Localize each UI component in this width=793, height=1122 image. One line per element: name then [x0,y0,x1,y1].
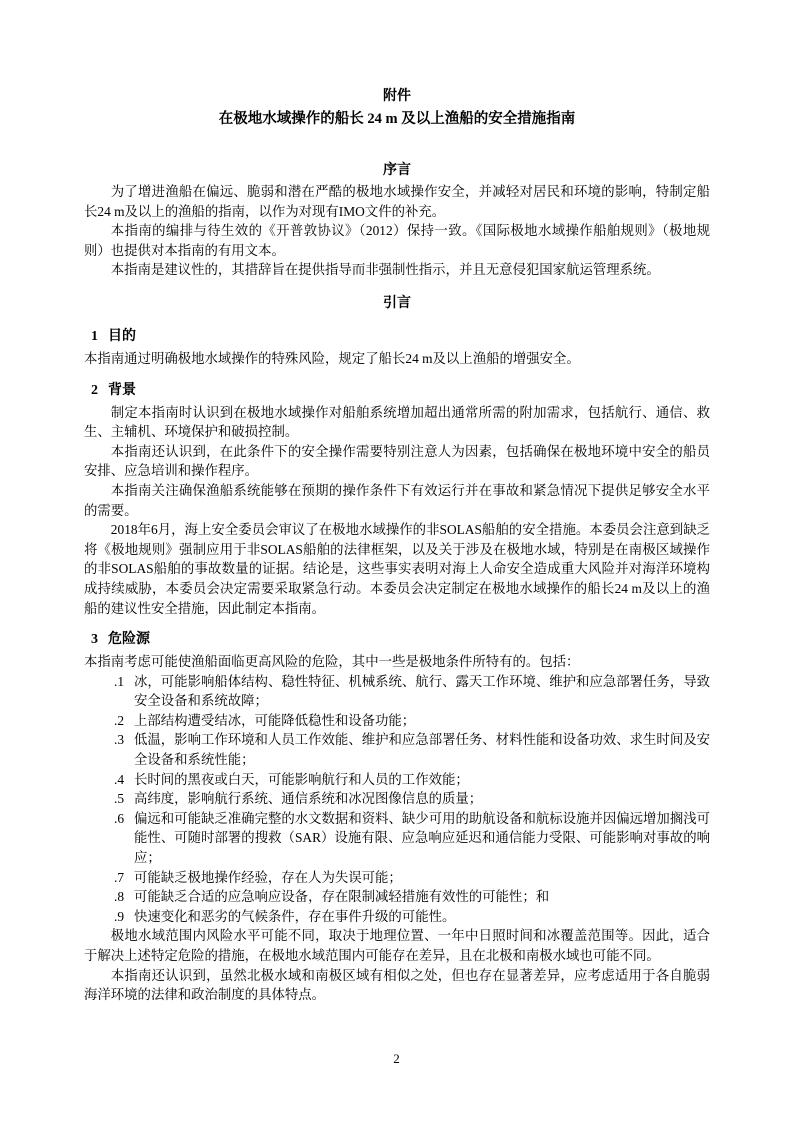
document-page: 附件 在极地水域操作的船长 24 m 及以上渔船的安全措施指南 序言 为了增进渔… [0,0,793,1122]
hazard-item-number: .6 [114,809,134,868]
section-number: 2 [91,381,108,401]
hazard-item-number: .5 [114,789,134,809]
hazard-item-text: 上部结构遭受结冰，可能降低稳性和设备功能； [134,711,710,731]
section-2-paragraph: 2018年6月，海上安全委员会审议了在极地水域操作的非SOLAS船舶的安全措施。… [84,520,710,618]
hazard-item: .3 低温，影响工作环境和人员工作效能、维护和应急部署任务、材料性能和设备功效、… [84,730,710,769]
section-title: 背景 [108,383,136,398]
document-title: 在极地水域操作的船长 24 m 及以上渔船的安全措施指南 [84,108,710,130]
hazard-item-number: .1 [114,672,134,711]
section-2-paragraph: 制定本指南时认识到在极地水域操作对船舶系统增加超出通常所需的附加需求，包括航行、… [84,403,710,442]
hazard-item-number: .7 [114,868,134,888]
hazard-item-text: 偏远和可能缺乏准确完整的水文数据和资料、缺少可用的助航设备和航标设施并因偏远增加… [134,809,710,868]
hazard-item-text: 可能缺乏合适的应急响应设备，存在限制减轻措施有效性的可能性；和 [134,887,710,907]
section-2-paragraph: 本指南关注确保渔船系统能够在预期的操作条件下有效运行并在事故和紧急情况下提供足够… [84,481,710,520]
hazard-item-text: 冰，可能影响船体结构、稳性特征、机械系统、航行、露天工作环境、维护和应急部署任务… [134,672,710,711]
section-3-heading: 3危险源 [84,630,710,650]
hazard-item-number: .9 [114,907,134,927]
hazard-item-number: .3 [114,730,134,769]
section-title: 危险源 [108,632,150,647]
hazard-item: .4 长时间的黑夜或白天，可能影响航行和人员的工作效能； [84,770,710,790]
section-number: 1 [91,327,108,347]
section-2-heading: 2背景 [84,381,710,401]
section-title: 目的 [108,329,136,344]
hazard-item-number: .8 [114,887,134,907]
page-content: 附件 在极地水域操作的船长 24 m 及以上渔船的安全措施指南 序言 为了增进渔… [0,0,793,1005]
preface-heading: 序言 [84,160,710,182]
hazard-item-text: 长时间的黑夜或白天，可能影响航行和人员的工作效能； [134,770,710,790]
introduction-heading: 引言 [84,293,710,315]
hazard-item: .8 可能缺乏合适的应急响应设备，存在限制减轻措施有效性的可能性；和 [84,887,710,907]
hazard-item-number: .4 [114,770,134,790]
hazard-item: .9 快速变化和恶劣的气候条件，存在事件升级的可能性。 [84,907,710,927]
hazard-item-text: 低温，影响工作环境和人员工作效能、维护和应急部署任务、材料性能和设备功效、求生时… [134,730,710,769]
preface-paragraph: 本指南的编排与待生效的《开普敦协议》（2012）保持一致。《国际极地水域操作船舶… [84,221,710,260]
section-3-lead: 本指南考虑可能使渔船面临更高风险的危险，其中一些是极地条件所特有的。包括： [84,652,710,672]
hazard-item-text: 快速变化和恶劣的气候条件，存在事件升级的可能性。 [134,907,710,927]
hazard-item-text: 高纬度，影响航行系统、通信系统和冰况图像信息的质量； [134,789,710,809]
hazard-item-number: .2 [114,711,134,731]
section-1-paragraph: 本指南通过明确极地水域操作的特殊风险，规定了船长24 m及以上渔船的增强安全。 [84,349,710,369]
section-number: 3 [91,630,108,650]
attachment-label: 附件 [84,86,710,108]
hazard-list: .1 冰，可能影响船体结构、稳性特征、机械系统、航行、露天工作环境、维护和应急部… [84,672,710,927]
hazard-item: .5 高纬度，影响航行系统、通信系统和冰况图像信息的质量； [84,789,710,809]
preface-paragraph: 为了增进渔船在偏远、脆弱和潜在严酷的极地水域操作安全，并减轻对居民和环境的影响，… [84,182,710,221]
section-1-heading: 1目的 [84,327,710,347]
hazard-item: .7 可能缺乏极地操作经验，存在人为失误可能； [84,868,710,888]
preface-paragraph: 本指南是建议性的，其措辞旨在提供指导而非强制性指示，并且无意侵犯国家航运管理系统… [84,260,710,280]
section-3-closing-paragraph: 极地水域范围内风险水平可能不同，取决于地理位置、一年中日照时间和冰覆盖范围等。因… [84,926,710,965]
section-3-closing-paragraph: 本指南还认识到，虽然北极水域和南极区域有相似之处，但也存在显著差异，应考虑适用于… [84,966,710,1005]
hazard-item-text: 可能缺乏极地操作经验，存在人为失误可能； [134,868,710,888]
hazard-item: .2 上部结构遭受结冰，可能降低稳性和设备功能； [84,711,710,731]
hazard-item: .1 冰，可能影响船体结构、稳性特征、机械系统、航行、露天工作环境、维护和应急部… [84,672,710,711]
section-2-paragraph: 本指南还认识到，在此条件下的安全操作需要特别注意人为因素，包括确保在极地环境中安… [84,442,710,481]
hazard-item: .6 偏远和可能缺乏准确完整的水文数据和资料、缺少可用的助航设备和航标设施并因偏… [84,809,710,868]
page-number: 2 [0,1051,793,1067]
